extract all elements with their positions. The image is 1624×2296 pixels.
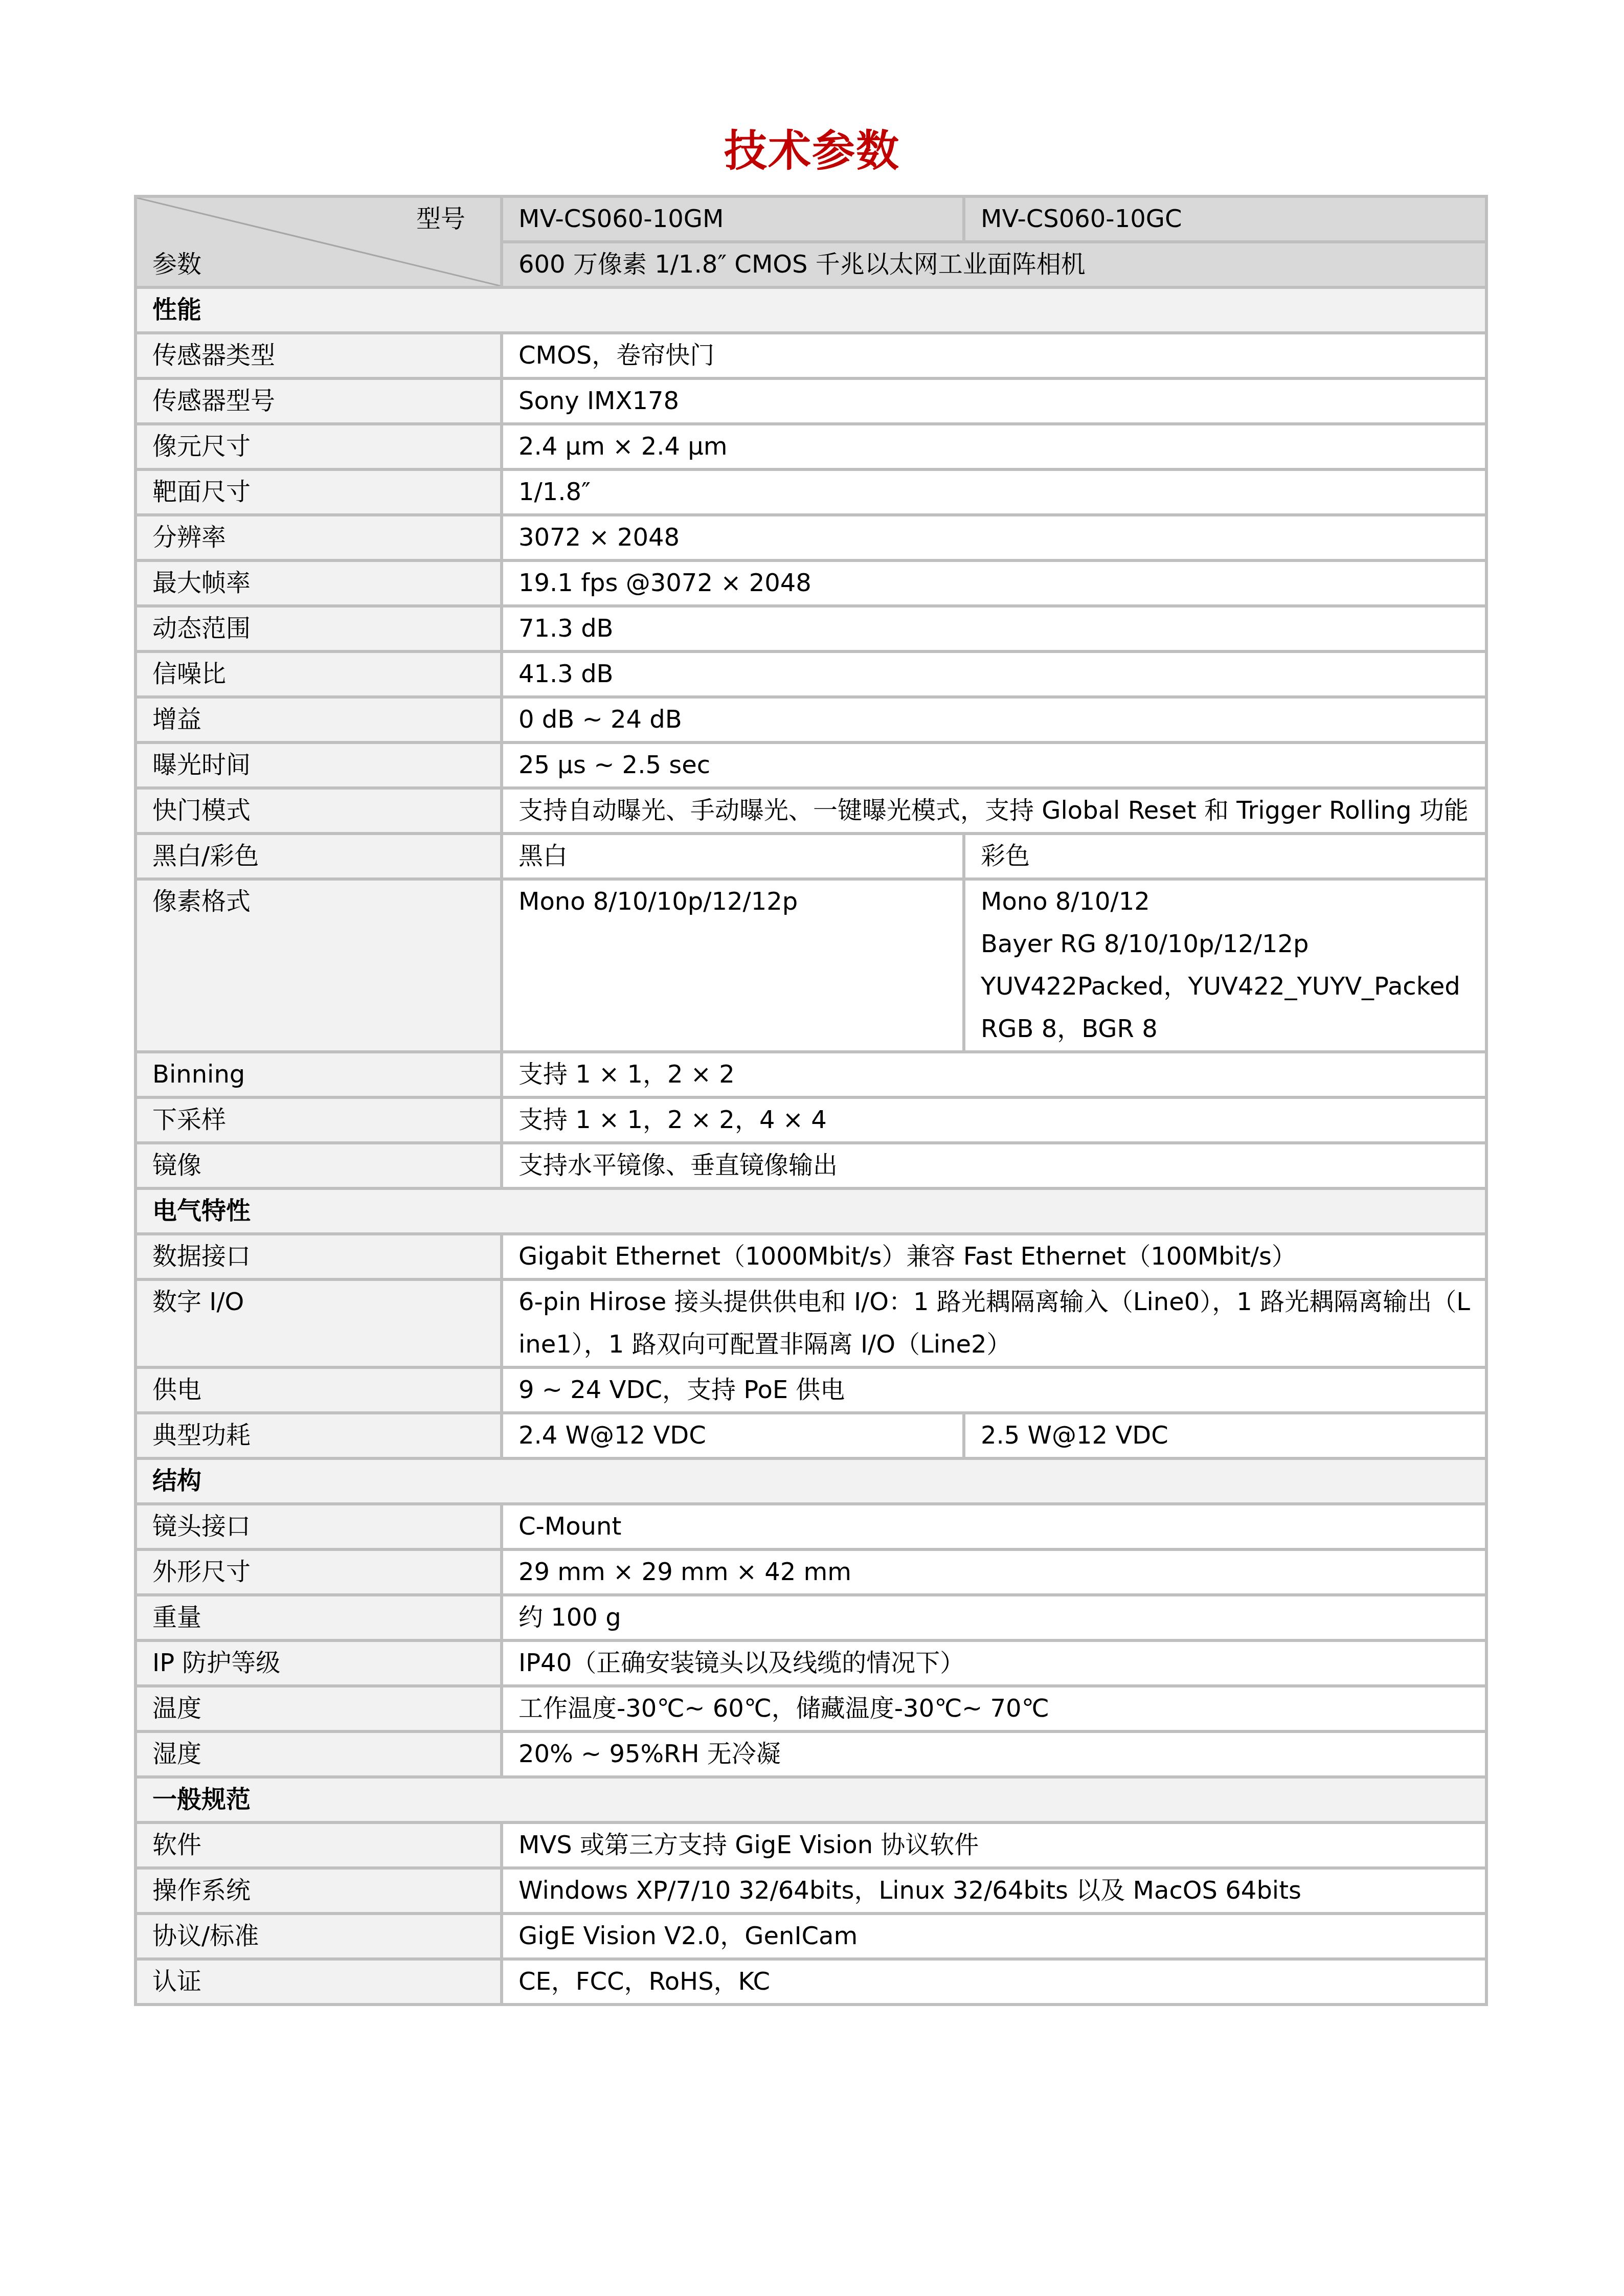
- row-label: 重量: [136, 1595, 502, 1640]
- pixel-format-line: RGB 8，BGR 8: [981, 1008, 1485, 1050]
- table-row: 认证 CE，FCC，RoHS，KC: [136, 1959, 1486, 2005]
- table-row: 供电 9 ~ 24 VDC，支持 PoE 供电: [136, 1367, 1486, 1413]
- table-row: 靶面尺寸 1/1.8″: [136, 469, 1486, 515]
- table-row: 镜头接口 C-Mount: [136, 1504, 1486, 1549]
- table-row: 快门模式 支持自动曝光、手动曝光、一键曝光模式，支持 Global Reset …: [136, 788, 1486, 834]
- table-row: 数据接口 Gigabit Ethernet（1000Mbit/s）兼容 Fast…: [136, 1234, 1486, 1279]
- row-value: 2.4 µm × 2.4 µm: [502, 424, 1486, 469]
- header-row-models: 型号 参数 MV-CS060-10GM MV-CS060-10GC: [136, 196, 1486, 242]
- row-label: 供电: [136, 1367, 502, 1413]
- pixel-format-line: Mono 8/10/12: [981, 881, 1485, 923]
- row-value: Windows XP/7/10 32/64bits，Linux 32/64bit…: [502, 1868, 1486, 1914]
- pixel-format-line: Bayer RG 8/10/10p/12/12p: [981, 923, 1485, 965]
- row-value: 0 dB ~ 24 dB: [502, 697, 1486, 742]
- model-description: 600 万像素 1/1.8″ CMOS 千兆以太网工业面阵相机: [502, 242, 1486, 287]
- row-label: 软件: [136, 1822, 502, 1868]
- row-label: 湿度: [136, 1731, 502, 1777]
- section-title: 电气特性: [136, 1188, 1486, 1234]
- row-label: 增益: [136, 697, 502, 742]
- row-value: IP40（正确安装镜头以及线缆的情况下）: [502, 1640, 1486, 1686]
- row-label: 外形尺寸: [136, 1549, 502, 1595]
- row-label: 镜像: [136, 1143, 502, 1188]
- row-value: MVS 或第三方支持 GigE Vision 协议软件: [502, 1822, 1486, 1868]
- row-value: 41.3 dB: [502, 651, 1486, 697]
- section-row-general: 一般规范: [136, 1777, 1486, 1822]
- model-gc: MV-CS060-10GC: [964, 196, 1486, 242]
- row-value: 20% ~ 95%RH 无冷凝: [502, 1731, 1486, 1777]
- table-row: 传感器类型 CMOS，卷帘快门: [136, 333, 1486, 378]
- row-label: 协议/标准: [136, 1914, 502, 1959]
- table-row: 软件 MVS 或第三方支持 GigE Vision 协议软件: [136, 1822, 1486, 1868]
- table-row: 温度 工作温度-30℃~ 60℃，储藏温度-30℃~ 70℃: [136, 1686, 1486, 1731]
- row-value: 约 100 g: [502, 1595, 1486, 1640]
- row-value-gm: 2.4 W@12 VDC: [502, 1413, 964, 1458]
- table-row: 像素格式 Mono 8/10/10p/12/12p Mono 8/10/12 B…: [136, 879, 1486, 1052]
- section-title: 一般规范: [136, 1777, 1486, 1822]
- table-row: 协议/标准 GigE Vision V2.0，GenICam: [136, 1914, 1486, 1959]
- section-title: 性能: [136, 287, 1486, 333]
- table-row: 动态范围 71.3 dB: [136, 606, 1486, 651]
- table-row: 外形尺寸 29 mm × 29 mm × 42 mm: [136, 1549, 1486, 1595]
- table-row: 重量 约 100 g: [136, 1595, 1486, 1640]
- row-label: 快门模式: [136, 788, 502, 834]
- table-row: 镜像 支持水平镜像、垂直镜像输出: [136, 1143, 1486, 1188]
- pixel-format-line: YUV422Packed，YUV422_YUYV_Packed: [981, 965, 1485, 1008]
- table-row: 最大帧率 19.1 fps @3072 × 2048: [136, 560, 1486, 606]
- row-label: 传感器类型: [136, 333, 502, 378]
- table-row: 传感器型号 Sony IMX178: [136, 378, 1486, 424]
- table-row: 湿度 20% ~ 95%RH 无冷凝: [136, 1731, 1486, 1777]
- row-value: 支持水平镜像、垂直镜像输出: [502, 1143, 1486, 1188]
- table-row: 下采样 支持 1 × 1，2 × 2，4 × 4: [136, 1097, 1486, 1143]
- corner-model-label: 型号: [416, 198, 465, 240]
- row-label: 曝光时间: [136, 742, 502, 788]
- table-row: IP 防护等级 IP40（正确安装镜头以及线缆的情况下）: [136, 1640, 1486, 1686]
- section-title: 结构: [136, 1458, 1486, 1504]
- row-value: 29 mm × 29 mm × 42 mm: [502, 1549, 1486, 1595]
- table-row: 数字 I/O 6-pin Hirose 接头提供供电和 I/O：1 路光耦隔离输…: [136, 1279, 1486, 1367]
- table-row: 像元尺寸 2.4 µm × 2.4 µm: [136, 424, 1486, 469]
- row-label: Binning: [136, 1052, 502, 1097]
- row-label: 黑白/彩色: [136, 834, 502, 879]
- row-label: IP 防护等级: [136, 1640, 502, 1686]
- row-value: CE，FCC，RoHS，KC: [502, 1959, 1486, 2005]
- row-label: 认证: [136, 1959, 502, 2005]
- corner-param-label: 参数: [152, 243, 201, 286]
- row-value: 19.1 fps @3072 × 2048: [502, 560, 1486, 606]
- section-row-mechanical: 结构: [136, 1458, 1486, 1504]
- row-label: 典型功耗: [136, 1413, 502, 1458]
- row-label: 像元尺寸: [136, 424, 502, 469]
- row-value: 3072 × 2048: [502, 515, 1486, 560]
- row-value-gc: 2.5 W@12 VDC: [964, 1413, 1486, 1458]
- page-title: 技术参数: [0, 123, 1624, 179]
- row-value-gc: 彩色: [964, 834, 1486, 879]
- table-row: 增益 0 dB ~ 24 dB: [136, 697, 1486, 742]
- row-value: 支持自动曝光、手动曝光、一键曝光模式，支持 Global Reset 和 Tri…: [502, 788, 1486, 834]
- row-value: C-Mount: [502, 1504, 1486, 1549]
- table-row: 操作系统 Windows XP/7/10 32/64bits，Linux 32/…: [136, 1868, 1486, 1914]
- row-label: 传感器型号: [136, 378, 502, 424]
- row-value: 支持 1 × 1，2 × 2: [502, 1052, 1486, 1097]
- table-row: 曝光时间 25 µs ~ 2.5 sec: [136, 742, 1486, 788]
- spec-table: 型号 参数 MV-CS060-10GM MV-CS060-10GC 600 万像…: [134, 195, 1488, 2006]
- row-value: Sony IMX178: [502, 378, 1486, 424]
- row-value: 71.3 dB: [502, 606, 1486, 651]
- row-label: 动态范围: [136, 606, 502, 651]
- row-label: 分辨率: [136, 515, 502, 560]
- row-label: 操作系统: [136, 1868, 502, 1914]
- row-value-gc: Mono 8/10/12 Bayer RG 8/10/10p/12/12p YU…: [964, 879, 1486, 1052]
- row-value: GigE Vision V2.0，GenICam: [502, 1914, 1486, 1959]
- row-label: 信噪比: [136, 651, 502, 697]
- row-value: 6-pin Hirose 接头提供供电和 I/O：1 路光耦隔离输入（Line0…: [502, 1279, 1486, 1367]
- table-row: Binning 支持 1 × 1，2 × 2: [136, 1052, 1486, 1097]
- row-value: 支持 1 × 1，2 × 2，4 × 4: [502, 1097, 1486, 1143]
- row-value: 工作温度-30℃~ 60℃，储藏温度-30℃~ 70℃: [502, 1686, 1486, 1731]
- row-value: 1/1.8″: [502, 469, 1486, 515]
- row-label: 数据接口: [136, 1234, 502, 1279]
- section-row-performance: 性能: [136, 287, 1486, 333]
- table-row: 信噪比 41.3 dB: [136, 651, 1486, 697]
- table-row: 黑白/彩色 黑白 彩色: [136, 834, 1486, 879]
- table-row: 分辨率 3072 × 2048: [136, 515, 1486, 560]
- row-value: Gigabit Ethernet（1000Mbit/s）兼容 Fast Ethe…: [502, 1234, 1486, 1279]
- row-value-gm: 黑白: [502, 834, 964, 879]
- row-label: 靶面尺寸: [136, 469, 502, 515]
- row-label: 像素格式: [136, 879, 502, 1052]
- row-label: 镜头接口: [136, 1504, 502, 1549]
- row-value-gm: Mono 8/10/10p/12/12p: [502, 879, 964, 1052]
- row-value: 9 ~ 24 VDC，支持 PoE 供电: [502, 1367, 1486, 1413]
- header-corner-cell: 型号 参数: [136, 196, 502, 287]
- row-value: 25 µs ~ 2.5 sec: [502, 742, 1486, 788]
- section-row-electrical: 电气特性: [136, 1188, 1486, 1234]
- table-row: 典型功耗 2.4 W@12 VDC 2.5 W@12 VDC: [136, 1413, 1486, 1458]
- row-label: 温度: [136, 1686, 502, 1731]
- row-label: 最大帧率: [136, 560, 502, 606]
- model-gm: MV-CS060-10GM: [502, 196, 964, 242]
- row-label: 数字 I/O: [136, 1279, 502, 1367]
- row-value: CMOS，卷帘快门: [502, 333, 1486, 378]
- row-label: 下采样: [136, 1097, 502, 1143]
